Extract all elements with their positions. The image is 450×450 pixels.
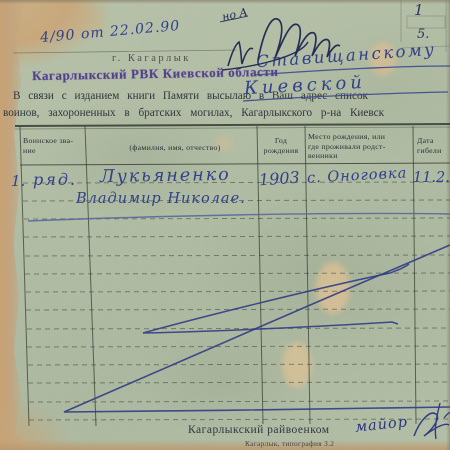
paper-edge-right: [446, 0, 450, 450]
corner-mark-top: 1: [414, 1, 424, 19]
row-number: 1.: [11, 172, 25, 190]
paper-stain: [316, 262, 350, 314]
annotation-handwriting: но А: [221, 5, 249, 23]
body-text-line1: В связи с изданием книги Памяти высылаю …: [13, 90, 368, 102]
row-underline-stroke: [28, 213, 450, 221]
ref-number-handwriting: 4/90 от 22.02.90: [40, 18, 181, 46]
row-birth-year: 1903: [258, 168, 300, 190]
strikethrough-z-stroke: [64, 245, 450, 412]
print-shop-note: Кагарлык, типография З.2: [245, 439, 334, 448]
row-rank: ряд.: [33, 170, 77, 189]
strikethrough-hairpin-stroke: [143, 264, 409, 333]
row-death-date: 11.2.9: [413, 170, 450, 186]
column-header-birth-place: Место рождения, или где проживали родст-…: [308, 132, 411, 161]
footer-title: Кагарлыкский райвоенком: [188, 424, 330, 436]
row-surname: Лукьяненко: [100, 165, 231, 187]
paper-corner-bottomleft: [0, 400, 70, 450]
body-text-line2: воинов, захороненных в братских могилах,…: [3, 107, 384, 119]
addressee-line1-handwriting: Ставищанскому: [256, 40, 437, 72]
paper-stain: [282, 342, 312, 388]
military-office-stamp: Кагарлыкский РВК Киевской области: [32, 64, 279, 84]
footer-rank-handwriting: майор: [354, 414, 408, 435]
paper-edge-top: [0, 0, 450, 4]
scanned-document: 4/90 от 22.02.90 но А 1 5. г. Кагарлык К…: [0, 0, 450, 450]
column-header-name: (фамилия, имя, отчество): [95, 143, 255, 153]
paper-edge-left: [0, 0, 26, 450]
paper-edge-bottom: [0, 440, 450, 450]
row-birth-place: с. Оноговка: [307, 165, 408, 186]
bottom-signature: [414, 403, 450, 439]
column-header-death-date: Дата гибели: [417, 136, 450, 155]
city-line: г. Кагарлык: [112, 53, 191, 64]
column-header-rank: Воинское зва- ние: [23, 136, 83, 155]
row-name-patronymic: Владимир Николае.: [76, 191, 246, 207]
column-header-birth-year: Год рождения: [259, 136, 303, 155]
